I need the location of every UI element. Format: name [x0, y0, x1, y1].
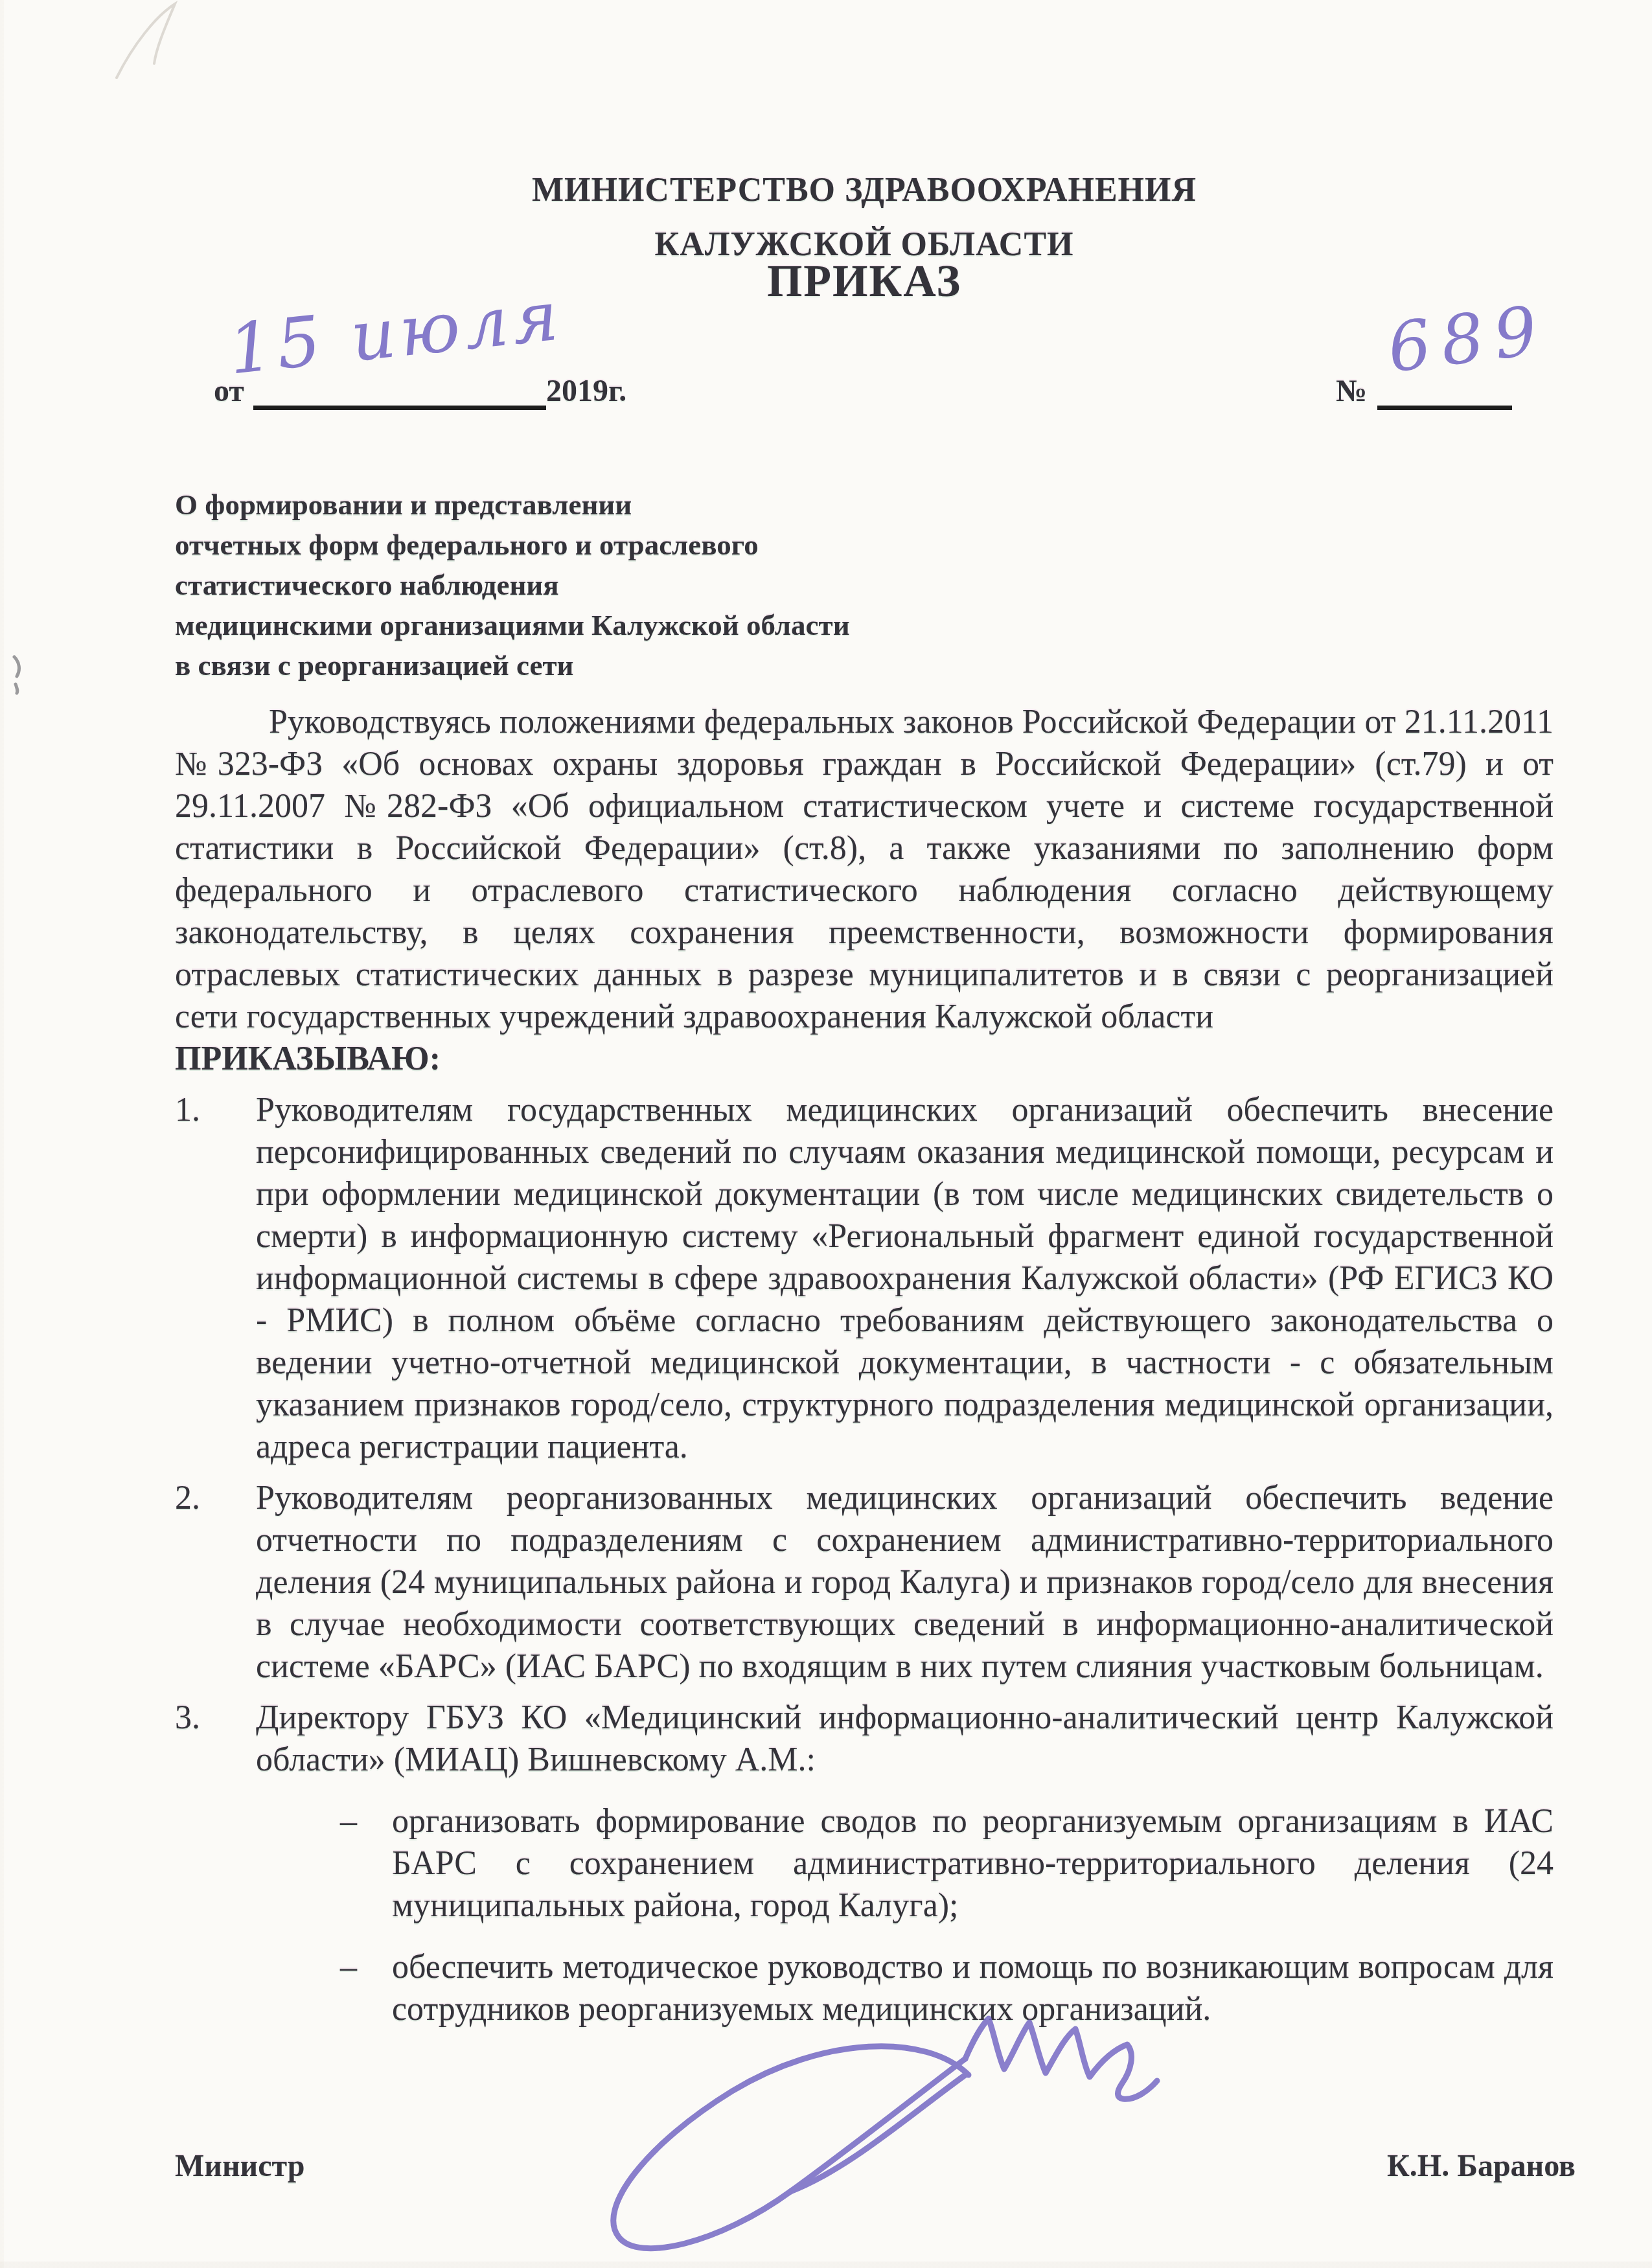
date-year: 2019г. [546, 374, 626, 408]
item-number: 1. [175, 1089, 200, 1131]
subitem-text: организовать формирование сводов по реор… [392, 1803, 1554, 1924]
subitem-1: – организовать формирование сводов по ре… [256, 1800, 1554, 1927]
order-subject: О формировании и представлении отчетных … [175, 485, 1276, 685]
signer-post: Министр [175, 2148, 304, 2184]
ministry-name-line1: МИНИСТЕРСТВО ЗДРАВООХРАНЕНИЯ [175, 163, 1554, 218]
subject-line: медицинскими организациями Калужской обл… [175, 605, 1276, 645]
order-body: Руководствуясь положениями федеральных з… [175, 701, 1554, 2030]
item-text: Руководителям государственных медицински… [256, 1092, 1554, 1465]
subject-line: в связи с реорганизацией сети [175, 645, 1276, 685]
minister-signature [512, 2013, 1224, 2267]
signature-strokes [614, 2019, 1157, 2249]
order-item-2: 2. Руководителям реорганизованных медици… [175, 1477, 1554, 1688]
order-item-1: 1. Руководителям государственных медицин… [175, 1089, 1554, 1468]
pencil-stroke [117, 4, 175, 78]
item-number: 3. [175, 1697, 200, 1739]
subject-line: статистического наблюдения [175, 565, 1276, 605]
dash-marker: – [340, 1946, 357, 1988]
item-text: Руководителям реорганизованных медицинск… [256, 1480, 1554, 1685]
ministry-header: МИНИСТЕРСТВО ЗДРАВООХРАНЕНИЯ КАЛУЖСКОЙ О… [175, 163, 1554, 272]
pencil-mark [78, 0, 246, 91]
edge-stray-stroke [14, 657, 19, 693]
edge-stray-mark [4, 648, 30, 700]
date-blank-line [253, 380, 546, 410]
subitem-text: обеспечить методическое руководство и по… [392, 1949, 1554, 2028]
subject-line: О формировании и представлении [175, 485, 1276, 525]
signer-name: К.Н. Баранов [1336, 2148, 1576, 2184]
dash-marker: – [340, 1800, 357, 1842]
item-3-subitems: – организовать формирование сводов по ре… [256, 1800, 1554, 2030]
preamble-paragraph: Руководствуясь положениями федеральных з… [175, 701, 1554, 1038]
order-item-3: 3. Директору ГБУЗ КО «Медицинский информ… [175, 1697, 1554, 2030]
subitem-2: – обеспечить методическое руководство и … [256, 1946, 1554, 2030]
resolve-word: ПРИКАЗЫВАЮ: [175, 1038, 1554, 1080]
subject-line: отчетных форм федерального и отраслевого [175, 525, 1276, 565]
item-text: Директору ГБУЗ КО «Медицинский информаци… [256, 1699, 1554, 1778]
item-number: 2. [175, 1477, 200, 1519]
scanned-order-page: МИНИСТЕРСТВО ЗДРАВООХРАНЕНИЯ КАЛУЖСКОЙ О… [0, 0, 1652, 2268]
number-sign: № [1336, 374, 1367, 408]
